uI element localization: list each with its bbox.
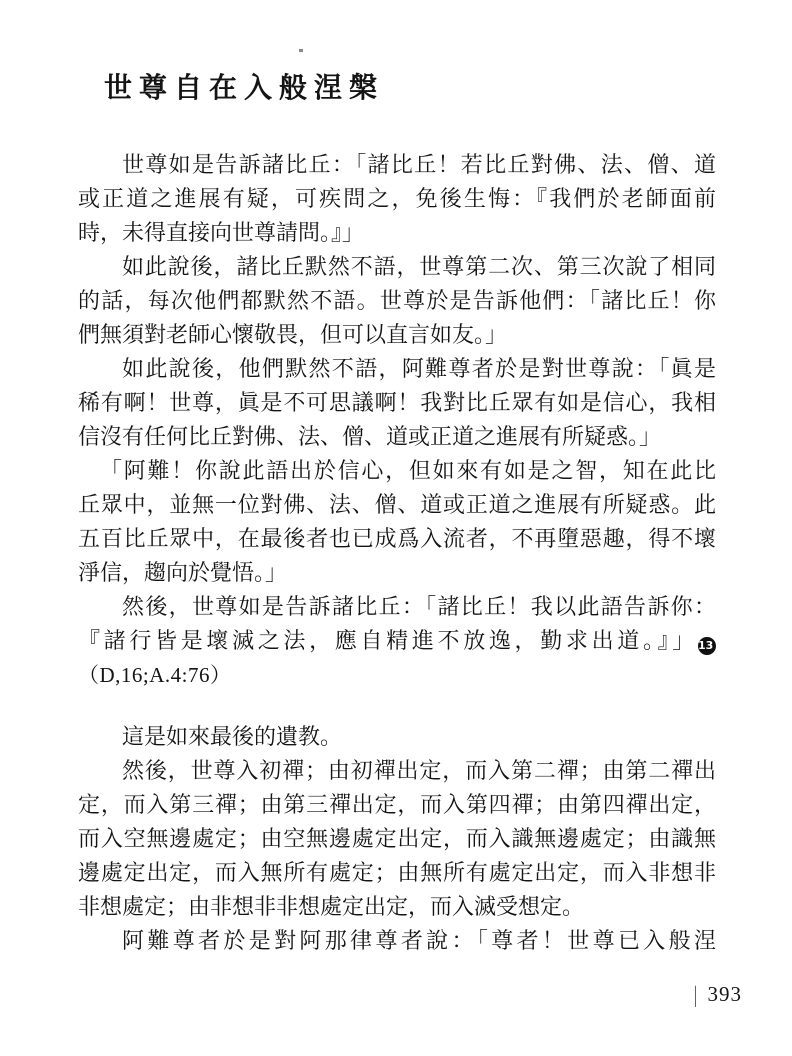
text-line: 們無須對老師心懷敬畏，但可以直言如友。」	[78, 318, 716, 352]
text-line: 信沒有任何比丘對佛、法、僧、道或正道之進展有所疑惑。」	[78, 420, 716, 454]
text-line: 稀有啊！世尊，眞是不可思議啊！我對比丘眾有如是信心，我相	[78, 386, 716, 420]
text-run: 時，未得直接向世尊請問。』」	[78, 220, 364, 245]
text-run: 而入空無邊處定；由空無邊處定出定，而入識無邊處定；由識無	[78, 826, 716, 851]
citation-line: （D,16;A.4:76）	[78, 658, 716, 692]
text-line: 阿難尊者於是對阿那律尊者說：「尊者！世尊已入般涅	[78, 924, 716, 958]
text-block: 世尊自在入般涅槃 世尊如是告訴諸比丘：「諸比丘！若比丘對佛、法、僧、道或正道之進…	[78, 72, 716, 958]
text-line: 定，而入第三禪；由第三禪出定，而入第四禪；由第四禪出定，	[78, 788, 716, 822]
body-paragraphs: 世尊如是告訴諸比丘：「諸比丘！若比丘對佛、法、僧、道或正道之進展有疑，可疾問之，…	[78, 148, 716, 958]
text-run: 淨信，趨向於覺悟。」	[78, 560, 287, 585]
text-line: 丘眾中，並無一位對佛、法、僧、道或正道之進展有所疑惑。此	[78, 488, 716, 522]
page-number-separator: |	[694, 982, 697, 1008]
text-run: 非想處定；由非想非非想處定出定，而入滅受想定。	[78, 894, 584, 919]
text-run: 定，而入第三禪；由第三禪出定，而入第四禪；由第四禪出定，	[78, 792, 716, 817]
text-run: 這是如來最後的遺教。	[122, 724, 342, 749]
text-line: 的話，每次他們都默然不語。世尊於是告訴他們：「諸比丘！你	[78, 284, 716, 318]
text-line: 然後，世尊入初禪；由初禪出定，而入第二禪；由第二禪出	[78, 754, 716, 788]
text-line: 五百比丘眾中，在最後者也已成爲入流者，不再墮惡趣，得不壞	[78, 522, 716, 556]
paragraph: 然後，世尊入初禪；由初禪出定，而入第二禪；由第二禪出定，而入第三禪；由第三禪出定…	[78, 754, 716, 924]
paragraph: 這是如來最後的遺教。	[78, 720, 716, 754]
paragraph: 世尊如是告訴諸比丘：「諸比丘！若比丘對佛、法、僧、道或正道之進展有疑，可疾問之，…	[78, 148, 716, 250]
text-run: 的話，每次他們都默然不語。世尊於是告訴他們：「諸比丘！你	[78, 288, 716, 313]
text-run: 世尊如是告訴諸比丘：「諸比丘！若比丘對佛、法、僧、道	[122, 152, 716, 177]
paragraph: 「阿難！你說此語出於信心，但如來有如是之智，知在此比丘眾中，並無一位對佛、法、僧…	[78, 454, 716, 590]
text-run: 然後，世尊入初禪；由初禪出定，而入第二禪；由第二禪出	[122, 758, 716, 783]
text-run: （D,16;A.4:76）	[78, 663, 232, 687]
text-line: 邊處定出定，而入無所有處定；由無所有處定出定，而入非想非	[78, 856, 716, 890]
footnote-marker: 13	[698, 637, 716, 655]
text-line: 而入空無邊處定；由空無邊處定出定，而入識無邊處定；由識無	[78, 822, 716, 856]
book-page: 世尊自在入般涅槃 世尊如是告訴諸比丘：「諸比丘！若比丘對佛、法、僧、道或正道之進…	[0, 0, 792, 1056]
text-line: 如此說後，諸比丘默然不語，世尊第二次、第三次說了相同	[78, 250, 716, 284]
text-run: 們無須對老師心懷敬畏，但可以直言如友。」	[78, 322, 507, 347]
text-line: 非想處定；由非想非非想處定出定，而入滅受想定。	[78, 890, 716, 924]
text-line: 『諸行皆是壞滅之法，應自精進不放逸，勤求出道。』」13	[78, 624, 716, 658]
text-line: 世尊如是告訴諸比丘：「諸比丘！若比丘對佛、法、僧、道	[78, 148, 716, 182]
text-run: 如此說後，他們默然不語，阿難尊者於是對世尊說：「眞是	[122, 356, 716, 381]
text-run: 『諸行皆是壞滅之法，應自精進不放逸，勤求出道。』」	[78, 628, 698, 653]
text-line: 時，未得直接向世尊請問。』」	[78, 216, 716, 250]
text-run: 然後，世尊如是告訴諸比丘：「諸比丘！我以此語告訴你：	[122, 594, 716, 619]
text-line: 或正道之進展有疑，可疾問之，免後生悔：『我們於老師面前	[78, 182, 716, 216]
text-run: 如此說後，諸比丘默然不語，世尊第二次、第三次說了相同	[122, 254, 716, 279]
text-line: 淨信，趨向於覺悟。」	[78, 556, 716, 590]
text-run: 丘眾中，並無一位對佛、法、僧、道或正道之進展有所疑惑。此	[78, 492, 716, 517]
paragraph: 然後，世尊如是告訴諸比丘：「諸比丘！我以此語告訴你：『諸行皆是壞滅之法，應自精進…	[78, 590, 716, 692]
text-run: 「阿難！你說此語出於信心，但如來有如是之智，知在此比	[100, 458, 716, 483]
paragraph: 如此說後，諸比丘默然不語，世尊第二次、第三次說了相同的話，每次他們都默然不語。世…	[78, 250, 716, 352]
text-run: 阿難尊者於是對阿那律尊者說：「尊者！世尊已入般涅	[122, 928, 716, 953]
page-number: 393	[708, 982, 743, 1006]
text-line: 這是如來最後的遺教。	[78, 720, 716, 754]
text-run: 五百比丘眾中，在最後者也已成爲入流者，不再墮惡趣，得不壞	[78, 526, 716, 551]
text-line: 「阿難！你說此語出於信心，但如來有如是之智，知在此比	[78, 454, 716, 488]
text-run: 或正道之進展有疑，可疾問之，免後生悔：『我們於老師面前	[78, 186, 716, 211]
page-footer: |393	[693, 982, 742, 1008]
paragraph: 如此說後，他們默然不語，阿難尊者於是對世尊說：「眞是稀有啊！世尊，眞是不可思議啊…	[78, 352, 716, 454]
text-run: 稀有啊！世尊，眞是不可思議啊！我對比丘眾有如是信心，我相	[78, 390, 716, 415]
text-run: 邊處定出定，而入無所有處定；由無所有處定出定，而入非想非	[78, 860, 716, 885]
text-line: 如此說後，他們默然不語，阿難尊者於是對世尊說：「眞是	[78, 352, 716, 386]
text-line: 然後，世尊如是告訴諸比丘：「諸比丘！我以此語告訴你：	[78, 590, 716, 624]
scan-speck-artifact	[299, 49, 303, 52]
page-title: 世尊自在入般涅槃	[104, 72, 716, 106]
paragraph: 阿難尊者於是對阿那律尊者說：「尊者！世尊已入般涅	[78, 924, 716, 958]
text-run: 信沒有任何比丘對佛、法、僧、道或正道之進展有所疑惑。」	[78, 424, 661, 449]
